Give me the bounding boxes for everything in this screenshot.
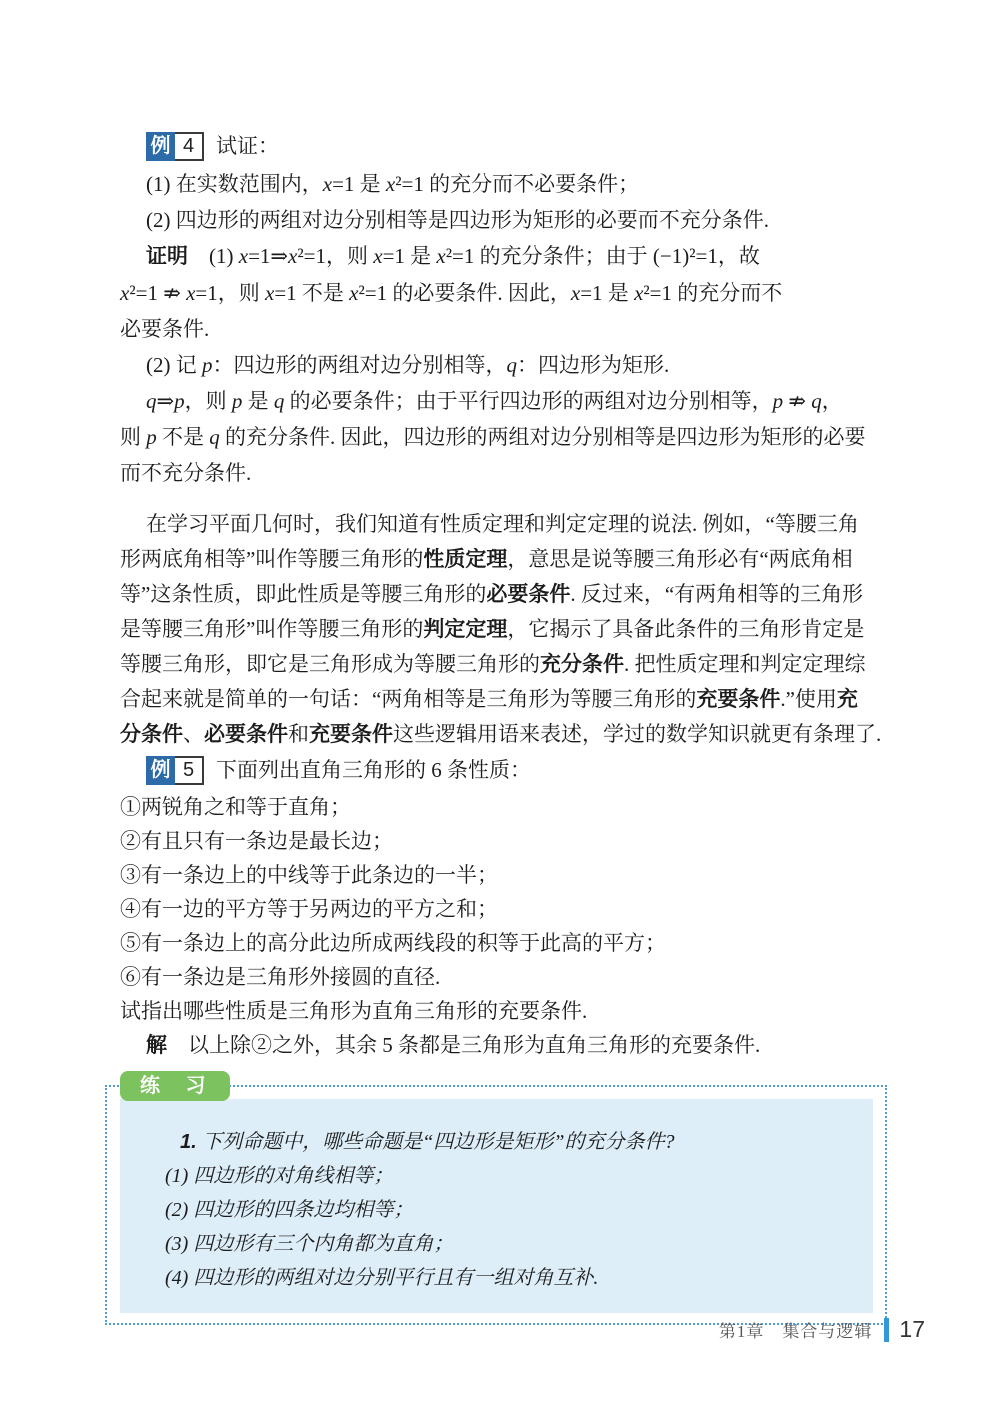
text-segment: 充要条件 — [309, 723, 393, 746]
example-badge-icon: 例 — [146, 756, 175, 785]
text-line: 是等腰三角形”叫作等腰三角形的判定定理，它揭示了具备此条件的三角形肯定是 — [120, 612, 880, 647]
text-segment: . 反过来，“有两角相等的三角形 — [570, 582, 863, 606]
text-segment: 1. — [180, 1131, 202, 1153]
text-segment: p — [773, 389, 784, 413]
example-number: 4 — [175, 132, 204, 161]
text-segment: 则 — [120, 425, 146, 449]
text-segment: (2) 四边形的两组对边分别相等是四边形为矩形的必要而不充分条件. — [146, 208, 769, 232]
example-number: 5 — [175, 756, 204, 785]
text-line: 形两底角相等”叫作等腰三角形的性质定理，意思是说等腰三角形必有“两底角相 — [120, 542, 880, 577]
text-segment: (1) — [188, 244, 239, 268]
text-segment: x — [571, 281, 580, 305]
text-segment: p — [202, 353, 213, 377]
text-segment: ，则 — [185, 389, 232, 413]
text-segment: x — [373, 244, 382, 268]
text-segment: x — [436, 244, 445, 268]
example-4-section: 例 4 试证： (1) 在实数范围内，x=1 是 x²=1 的充分而不必要条件；… — [120, 128, 880, 491]
text-segment: q — [811, 389, 822, 413]
text-segment: =1，则 — [195, 281, 265, 305]
text-segment: 不是 — [157, 425, 210, 449]
text-segment: 、 — [183, 722, 204, 746]
text-segment: 性质定理 — [423, 548, 507, 571]
text-segment: 充分条件 — [540, 653, 624, 676]
text-segment: ²=1 的充分条件；由于 (−1)²=1，故 — [446, 244, 760, 268]
text-segment: 这些逻辑用语来表述，学过的数学知识就更有条理了. — [393, 722, 881, 746]
text-segment: ，意思是说等腰三角形必有“两底角相 — [507, 547, 852, 571]
text-segment: ②有且只有一条边是最长边； — [120, 829, 393, 853]
page-number: 17 — [899, 1316, 925, 1343]
text-segment: ²=1 ⇏ — [129, 281, 186, 305]
text-segment: ：四边形为矩形. — [517, 353, 669, 377]
text-segment: .”使用 — [780, 687, 837, 711]
text-line: ⑤有一条边上的高分此边所成两线段的积等于此高的平方； — [120, 926, 880, 960]
text-segment: x — [349, 281, 358, 305]
example-title: 试证： — [216, 128, 279, 164]
text-segment: 合起来就是简单的一句话：“两角相等是三角形为等腰三角形的 — [120, 687, 696, 711]
text-segment: 在学习平面几何时，我们知道有性质定理和判定定理的说法. 例如，“等腰三角 — [146, 512, 859, 536]
text-segment: q — [507, 353, 518, 377]
page-footer: 第1章 集合与逻辑 17 — [719, 1316, 925, 1343]
text-segment: 证明 — [146, 245, 188, 268]
text-segment: ③有一条边上的中线等于此条边的一半； — [120, 863, 498, 887]
text-segment: q — [274, 389, 285, 413]
text-segment: 分条件 — [120, 723, 183, 746]
text-segment: 必要条件 — [486, 583, 570, 606]
text-segment: x — [239, 244, 248, 268]
text-segment: 是 — [242, 389, 274, 413]
text-line: ⑥有一条边是三角形外接圆的直径. — [120, 960, 880, 994]
text-segment: ²=1 的必要条件. 因此， — [359, 281, 571, 305]
text-segment: x — [186, 281, 195, 305]
text-segment: ⑥有一条边是三角形外接圆的直径. — [120, 965, 440, 989]
text-segment: 必要条件 — [204, 723, 288, 746]
text-segment: 的充分条件. 因此，四边形的两组对边分别相等是四边形为矩形的必要 — [220, 425, 866, 449]
example-5-list: ①两锐角之和等于直角；②有且只有一条边是最长边；③有一条边上的中线等于此条边的一… — [120, 790, 880, 1063]
example-title: 下面列出直角三角形的 6 条性质： — [216, 752, 531, 788]
page-content: 例 4 试证： (1) 在实数范围内，x=1 是 x²=1 的充分而不必要条件；… — [0, 0, 1000, 1325]
text-line: 试指出哪些性质是三角形为直角三角形的充要条件. — [120, 994, 880, 1028]
text-segment: =1 是 — [580, 281, 634, 305]
text-segment: ， — [822, 389, 843, 413]
text-line: (1) 在实数范围内，x=1 是 x²=1 的充分而不必要条件； — [120, 166, 880, 202]
text-segment: (1) 在实数范围内， — [146, 172, 323, 196]
text-segment: 形两底角相等”叫作等腰三角形的 — [120, 547, 423, 571]
text-segment: p — [232, 389, 243, 413]
text-segment: 充要条件 — [696, 688, 780, 711]
example-badge-icon: 例 — [146, 132, 175, 161]
example-4-header: 例 4 试证： — [120, 128, 880, 164]
text-line: 则 p 不是 q 的充分条件. 因此，四边形的两组对边分别相等是四边形为矩形的必… — [120, 419, 880, 455]
text-segment: 必要条件. — [120, 317, 209, 341]
practice-box: 1. 下列命题中，哪些命题是“四边形是矩形”的充分条件?(1) 四边形的对角线相… — [120, 1099, 873, 1313]
text-segment: 充 — [837, 688, 858, 711]
example-5-header: 例 5 下面列出直角三角形的 6 条性质： — [120, 752, 880, 788]
text-segment: x — [323, 172, 332, 196]
example-5-section: 例 5 下面列出直角三角形的 6 条性质： ①两锐角之和等于直角；②有且只有一条… — [120, 752, 880, 1063]
text-line: 解 以上除②之外，其余 5 条都是三角形为直角三角形的充要条件. — [120, 1028, 880, 1063]
text-segment: 判定定理 — [423, 618, 507, 641]
text-segment: x — [265, 281, 274, 305]
text-segment: 试指出哪些性质是三角形为直角三角形的充要条件. — [120, 999, 587, 1023]
text-segment: 等腰三角形，即它是三角形成为等腰三角形的 — [120, 652, 540, 676]
text-segment: (1) 四边形的对角线相等； — [165, 1165, 393, 1187]
textbook-page: 例 4 试证： (1) 在实数范围内，x=1 是 x²=1 的充分而不必要条件；… — [0, 0, 1000, 1422]
text-line: q⇒p，则 p 是 q 的必要条件；由于平行四边形的两组对边分别相等，p ⇏ q… — [120, 383, 880, 419]
text-line: 必要条件. — [120, 311, 880, 347]
text-segment: q — [209, 425, 220, 449]
text-segment: ²=1 的充分而不必要条件； — [395, 172, 639, 196]
text-segment: (2) 记 — [146, 353, 202, 377]
example-4-statements: (1) 在实数范围内，x=1 是 x²=1 的充分而不必要条件；(2) 四边形的… — [120, 166, 880, 238]
text-segment: 和 — [288, 722, 309, 746]
text-line: 等”这条性质，即此性质是等腰三角形的必要条件. 反过来，“有两角相等的三角形 — [120, 577, 880, 612]
text-segment: . 把性质定理和判定定理综 — [624, 652, 866, 676]
text-segment: (4) 四边形的两组对边分别平行且有一组对角互补. — [165, 1267, 598, 1289]
text-line: ①两锐角之和等于直角； — [120, 790, 880, 824]
text-segment: ①两锐角之和等于直角； — [120, 795, 351, 819]
text-segment: =1 是 — [383, 244, 437, 268]
text-segment: 是等腰三角形”叫作等腰三角形的 — [120, 617, 423, 641]
text-segment: ⇒ — [157, 389, 175, 413]
text-line: (2) 记 p：四边形的两组对边分别相等，q：四边形为矩形. — [120, 347, 880, 383]
text-line: (2) 四边形的四条边均相等； — [165, 1193, 853, 1227]
chapter-label: 第1章 集合与逻辑 — [719, 1317, 873, 1342]
text-segment: p — [174, 389, 185, 413]
text-segment: =1 不是 — [274, 281, 349, 305]
text-segment: 下列命题中，哪些命题是“四边形是矩形”的充分条件? — [202, 1131, 674, 1153]
text-line: ②有且只有一条边是最长边； — [120, 824, 880, 858]
text-line: 合起来就是简单的一句话：“两角相等是三角形为等腰三角形的充要条件.”使用充 — [120, 682, 880, 717]
text-segment: ：四边形的两组对边分别相等， — [213, 353, 507, 377]
text-segment: p — [146, 425, 157, 449]
text-line: 而不充分条件. — [120, 455, 880, 491]
discussion-paragraph: 在学习平面几何时，我们知道有性质定理和判定定理的说法. 例如，“等腰三角形两底角… — [120, 507, 880, 752]
text-line: ④有一边的平方等于另两边的平方之和； — [120, 892, 880, 926]
text-segment: ²=1 的充分而不 — [643, 281, 782, 305]
text-line: (4) 四边形的两组对边分别平行且有一组对角互补. — [165, 1261, 853, 1295]
practice-tab: 练 习 — [120, 1071, 230, 1101]
text-line: (3) 四边形有三个内角都为直角； — [165, 1227, 853, 1261]
text-segment: ，它揭示了具备此条件的三角形肯定是 — [507, 617, 864, 641]
text-segment: x — [386, 172, 395, 196]
text-line: 1. 下列命题中，哪些命题是“四边形是矩形”的充分条件? — [165, 1125, 853, 1159]
text-line: x²=1 ⇏ x=1，则 x=1 不是 x²=1 的必要条件. 因此，x=1 是… — [120, 275, 880, 311]
text-line: 在学习平面几何时，我们知道有性质定理和判定定理的说法. 例如，“等腰三角 — [120, 507, 880, 542]
footer-divider-bar — [884, 1318, 889, 1342]
text-segment: 的必要条件；由于平行四边形的两组对边分别相等， — [284, 389, 772, 413]
text-line: (2) 四边形的两组对边分别相等是四边形为矩形的必要而不充分条件. — [120, 202, 880, 238]
text-line: (1) 四边形的对角线相等； — [165, 1159, 853, 1193]
text-segment: x — [634, 281, 643, 305]
text-segment: =1⇒ — [248, 244, 288, 268]
text-segment: ⇏ — [783, 389, 811, 413]
example-4-proof: 证明 (1) x=1⇒x²=1，则 x=1 是 x²=1 的充分条件；由于 (−… — [120, 238, 880, 491]
text-segment: 解 — [146, 1034, 167, 1057]
text-line: ③有一条边上的中线等于此条边的一半； — [120, 858, 880, 892]
text-segment: (3) 四边形有三个内角都为直角； — [165, 1233, 453, 1255]
text-segment: 而不充分条件. — [120, 461, 251, 485]
text-segment: x — [120, 281, 129, 305]
text-segment: q — [146, 389, 157, 413]
text-segment: 以上除②之外，其余 5 条都是三角形为直角三角形的充要条件. — [167, 1033, 760, 1057]
practice-dotted-frame: 练 习 1. 下列命题中，哪些命题是“四边形是矩形”的充分条件?(1) 四边形的… — [105, 1085, 887, 1325]
text-segment: (2) 四边形的四条边均相等； — [165, 1199, 413, 1221]
text-segment: =1 是 — [332, 172, 386, 196]
text-line: 分条件、必要条件和充要条件这些逻辑用语来表述，学过的数学知识就更有条理了. — [120, 717, 880, 752]
text-segment: 等”这条性质，即此性质是等腰三角形的 — [120, 582, 486, 606]
text-segment: x — [288, 244, 297, 268]
text-segment: ⑤有一条边上的高分此边所成两线段的积等于此高的平方； — [120, 931, 666, 955]
text-segment: ④有一边的平方等于另两边的平方之和； — [120, 897, 498, 921]
text-line: 等腰三角形，即它是三角形成为等腰三角形的充分条件. 把性质定理和判定定理综 — [120, 647, 880, 682]
text-line: 证明 (1) x=1⇒x²=1，则 x=1 是 x²=1 的充分条件；由于 (−… — [120, 238, 880, 275]
text-segment: ²=1，则 — [297, 244, 373, 268]
practice-section: 练 习 1. 下列命题中，哪些命题是“四边形是矩形”的充分条件?(1) 四边形的… — [120, 1085, 880, 1325]
